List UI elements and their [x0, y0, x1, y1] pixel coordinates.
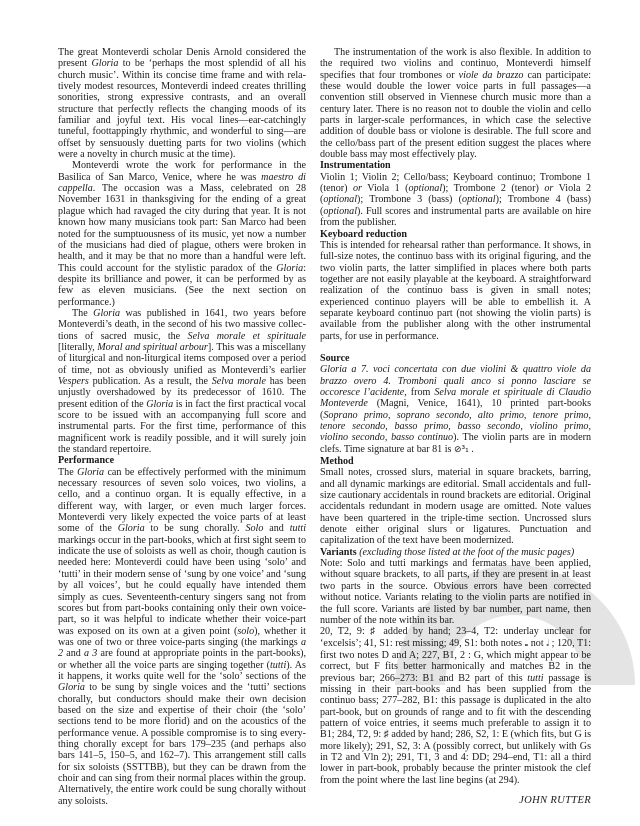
intro-paragraph: The great Monteverdi scholar Denis Arnol…: [58, 47, 306, 160]
italic-text: or: [353, 183, 362, 194]
document-page: The great Monteverdi scholar Denis Arnol…: [0, 0, 640, 826]
instrumentation-paragraph: Violin 1; Violin 2; Cello/bass; Keyboard…: [320, 172, 591, 229]
italic-text: Moral and spiritual arbour: [97, 342, 208, 353]
italic-text: optional: [323, 194, 357, 205]
variants-heading: Variants (excluding those listed at the …: [320, 547, 591, 558]
author-signature: JOHN RUTTER: [320, 795, 591, 806]
italic-text: Gloria: [93, 308, 120, 319]
performance-paragraph: The Gloria can be effectively performed …: [58, 467, 306, 807]
section-spacer: [320, 342, 591, 353]
italic-text: tutti: [270, 660, 286, 671]
italic-text: Gloria: [77, 467, 104, 478]
history-paragraph: Monteverdi wrote the work for performanc…: [58, 160, 306, 307]
italic-text: Gloria: [91, 58, 118, 69]
italic-text: Gloria: [58, 682, 85, 693]
italic-text: tutti: [527, 673, 543, 684]
variants-heading-note: (excluding those listed at the foot of t…: [359, 547, 574, 558]
variants-note-paragraph: Note: Solo and tutti markings and fermat…: [320, 558, 591, 626]
italic-text: Gloria: [118, 523, 145, 534]
italic-text: optional: [462, 194, 496, 205]
italic-text: Soprano primo, soprano secondo, alto pri…: [320, 410, 591, 444]
italic-text: viole da brazzo: [459, 70, 524, 81]
italic-text: solo: [237, 626, 254, 637]
instrumentation-intro-paragraph: The instrumentation of the work is also …: [320, 47, 591, 160]
italic-text: Solo: [245, 523, 263, 534]
method-heading: Method: [320, 456, 591, 467]
performance-heading: Performance: [58, 455, 306, 466]
keyboard-reduction-paragraph: This is intended for rehearsal rather th…: [320, 240, 591, 342]
italic-text: optional: [323, 206, 357, 217]
italic-text: maestro di cappella: [58, 172, 306, 194]
italic-text: Selva morale et spirituale: [188, 331, 306, 342]
italic-text: or: [544, 183, 553, 194]
italic-text: optional: [409, 183, 443, 194]
method-paragraph: Small notes, crossed slurs, material in …: [320, 467, 591, 546]
music-symbol-icon: 𝅗𝅥: [546, 639, 549, 649]
music-symbol-icon: 𝅝: [525, 639, 529, 649]
music-symbol-icon: ⊘³₁: [454, 445, 469, 455]
italic-text: a 3: [84, 648, 97, 659]
source-paragraph: Gloria a 7. voci concertata con due viol…: [320, 364, 591, 456]
variants-list-paragraph: 20, T2, 9: ♯ added by hand; 23–4, T2: un…: [320, 626, 591, 786]
italic-text: tutti: [290, 523, 306, 534]
source-heading: Source: [320, 353, 591, 364]
italic-text: Vespers: [58, 376, 89, 387]
italic-text: Selva morale: [212, 376, 266, 387]
italic-text: Gloria: [276, 263, 303, 274]
instrumentation-heading: Instrumentation: [320, 160, 591, 171]
italic-text: Gloria: [146, 399, 173, 410]
left-column: The great Monteverdi scholar Denis Arnol…: [58, 47, 306, 807]
keyboard-reduction-heading: Keyboard reduction: [320, 229, 591, 240]
publication-paragraph: The Gloria was published in 1641, two ye…: [58, 308, 306, 455]
variants-heading-label: Variants: [320, 547, 357, 558]
right-column: The instrumentation of the work is also …: [320, 47, 591, 806]
